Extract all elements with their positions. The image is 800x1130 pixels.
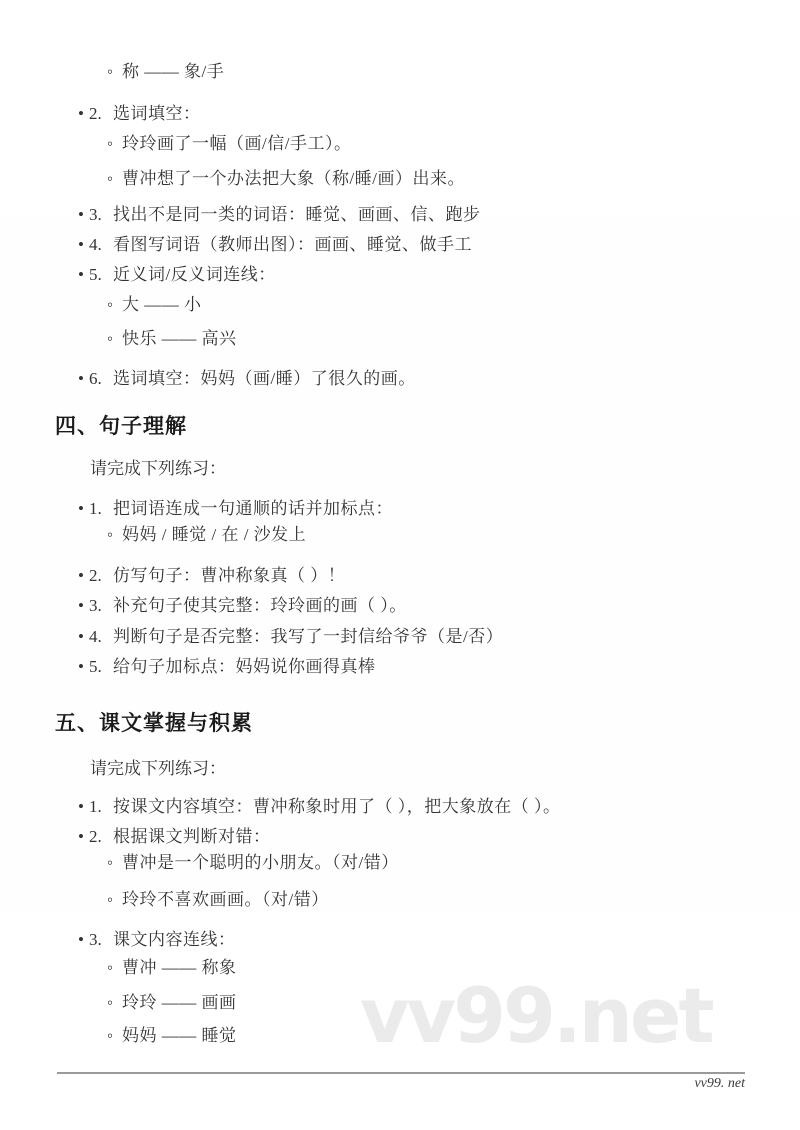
disc-bullet-icon — [78, 235, 89, 255]
disc-bullet-icon — [78, 797, 89, 817]
list-item: 玲玲不喜欢画画。（对/错） — [107, 890, 760, 910]
disc-bullet-icon — [78, 369, 89, 389]
disc-bullet-icon — [78, 596, 89, 616]
list-item: 2. 仿写句子：曹冲称象真（ ）！ — [78, 566, 760, 586]
list-item: 6. 选词填空：妈妈（画/睡）了很久的画。 — [78, 369, 760, 389]
list-item: 妈妈 —— 睡觉 — [107, 1026, 760, 1046]
list-item: 曹冲 —— 称象 — [107, 958, 760, 978]
circle-bullet-icon — [107, 853, 122, 873]
section-word-exercises: 称 —— 象/手 2. 选词填空： 玲玲画了一幅（画/信/手工）。 曹冲想了一个… — [55, 62, 760, 389]
list-item: 曹冲想了一个办法把大象（称/睡/画）出来。 — [107, 169, 760, 189]
list-item: 1. 把词语连成一句通顺的话并加标点： — [78, 499, 760, 519]
list-item: 2. 选词填空： — [78, 104, 760, 124]
circle-bullet-icon — [107, 958, 122, 978]
circle-bullet-icon — [107, 890, 122, 910]
circle-bullet-icon — [107, 62, 122, 82]
disc-bullet-icon — [78, 265, 89, 285]
list-item: 妈妈 / 睡觉 / 在 / 沙发上 — [107, 525, 760, 545]
disc-bullet-icon — [78, 657, 89, 677]
footer-divider: vv99. net — [57, 1072, 745, 1092]
footer-site-label: vv99. net — [57, 1076, 745, 1092]
list-item: 4. 看图写词语（教师出图）：画画、睡觉、做手工 — [78, 235, 760, 255]
list-item: 5. 给句子加标点：妈妈说你画得真棒 — [78, 657, 760, 677]
disc-bullet-icon — [78, 205, 89, 225]
disc-bullet-icon — [78, 930, 89, 950]
circle-bullet-icon — [107, 1026, 122, 1046]
list-item: 3. 补充句子使其完整：玲玲画的画（ ）。 — [78, 596, 760, 616]
circle-bullet-icon — [107, 329, 122, 349]
list-item: 快乐 —— 高兴 — [107, 329, 760, 349]
list-item: 称 —— 象/手 — [107, 62, 760, 82]
section-intro: 请完成下列练习： — [90, 459, 760, 479]
document-content: 称 —— 象/手 2. 选词填空： 玲玲画了一幅（画/信/手工）。 曹冲想了一个… — [0, 0, 800, 1046]
section-intro: 请完成下列练习： — [90, 759, 760, 779]
section-heading: 五、课文掌握与积累 — [55, 709, 760, 737]
list-item: 曹冲是一个聪明的小朋友。（对/错） — [107, 853, 760, 873]
circle-bullet-icon — [107, 525, 122, 545]
disc-bullet-icon — [78, 627, 89, 647]
circle-bullet-icon — [107, 295, 122, 315]
list-item: 大 —— 小 — [107, 295, 760, 315]
list-item: 1. 按课文内容填空：曹冲称象时用了（ ），把大象放在（ ）。 — [78, 797, 760, 817]
list-item: 3. 课文内容连线： — [78, 930, 760, 950]
list-item: 2. 根据课文判断对错： — [78, 827, 760, 847]
section-heading: 四、句子理解 — [55, 412, 760, 440]
list-item: 3. 找出不是同一类的词语：睡觉、画画、信、跑步 — [78, 205, 760, 225]
disc-bullet-icon — [78, 104, 89, 124]
list-item: 4. 判断句子是否完整：我写了一封信给爷爷（是/否） — [78, 627, 760, 647]
section-text-mastery: 五、课文掌握与积累 请完成下列练习： 1. 按课文内容填空：曹冲称象时用了（ ）… — [55, 709, 760, 1046]
disc-bullet-icon — [78, 499, 89, 519]
disc-bullet-icon — [78, 827, 89, 847]
circle-bullet-icon — [107, 134, 122, 154]
disc-bullet-icon — [78, 566, 89, 586]
list-item: 玲玲 —— 画画 — [107, 993, 760, 1013]
list-item: 5. 近义词/反义词连线： — [78, 265, 760, 285]
document-page: vv99.net 称 —— 象/手 2. 选词填空： 玲玲画了一幅（画/信/手工… — [0, 0, 800, 1130]
section-sentence-comprehension: 四、句子理解 请完成下列练习： 1. 把词语连成一句通顺的话并加标点： 妈妈 /… — [55, 412, 760, 677]
circle-bullet-icon — [107, 169, 122, 189]
list-item: 玲玲画了一幅（画/信/手工）。 — [107, 134, 760, 154]
circle-bullet-icon — [107, 993, 122, 1013]
